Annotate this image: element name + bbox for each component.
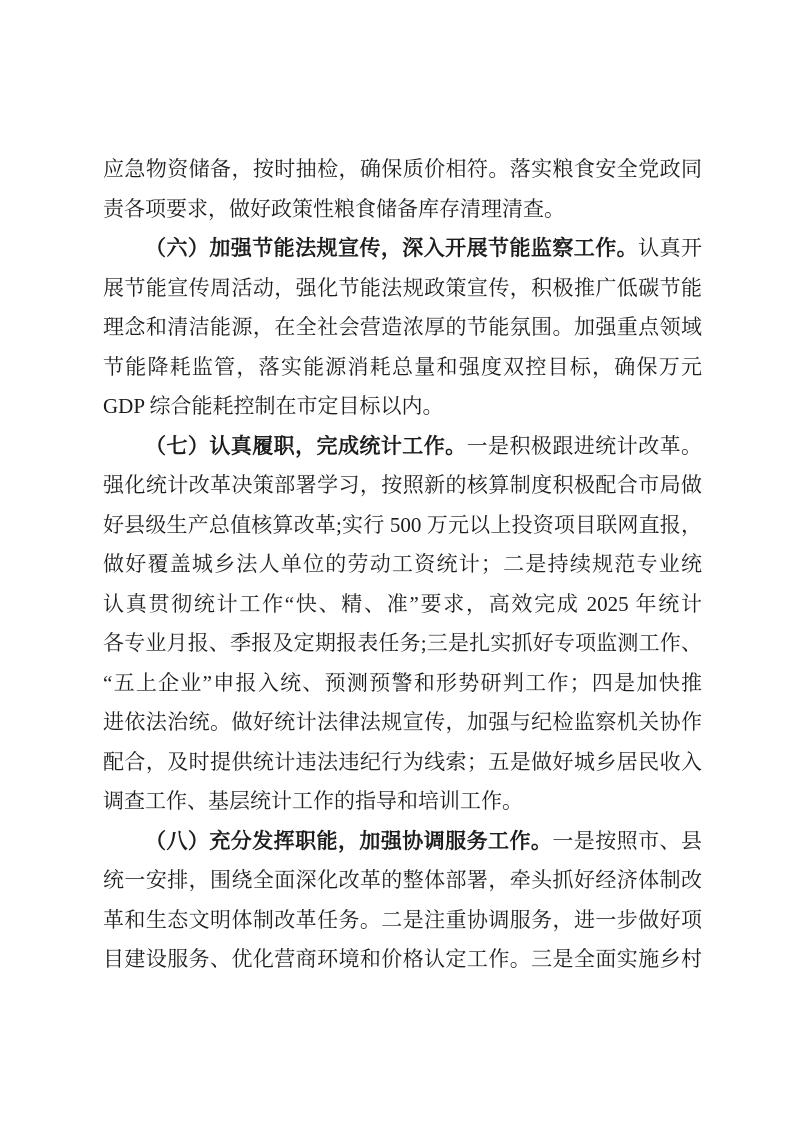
body-text: 一是积极跟进统计改革。 [467, 434, 702, 458]
text-line: 强化统计改革决策部署学习，按照新的核算制度积极配合市局做 [103, 466, 702, 506]
body-text: 调查工作、基层统计工作的指导和培训工作。 [103, 789, 523, 813]
text-line: 应急物资储备，按时抽检，确保质价相符。落实粮食安全党政同 [103, 150, 702, 190]
text-line: 各专业月报、季报及定期报表任务;三是扎实抓好专项监测工作、 [103, 624, 702, 664]
body-text: 展节能宣传周活动，强化节能法规政策宣传，积极推广低碳节能 [103, 276, 702, 300]
body-text: 好县级生产总值核算改革;实行 500 万元以上投资项目联网直报， [103, 513, 702, 537]
text-line: “五上企业”申报入统、预测预警和形势研判工作；四是加快推 [103, 664, 702, 704]
text-line: （八）充分发挥职能，加强协调服务工作。一是按照市、县 [103, 822, 702, 862]
paragraph-continuation: 应急物资储备，按时抽检，确保质价相符。落实粮食安全党政同 责各项要求，做好政策性… [103, 150, 702, 229]
heading-bold-text: （八）充分发挥职能，加强协调服务工作。 [145, 829, 552, 853]
text-line: 认真贯彻统计工作“快、精、准”要求，高效完成 2025 年统计 [103, 585, 702, 625]
text-line: 责各项要求，做好政策性粮食储备库存清理清查。 [103, 190, 702, 230]
body-text: 责各项要求，做好政策性粮食储备库存清理清查。 [103, 197, 565, 221]
text-line: 做好覆盖城乡法人单位的劳动工资统计；二是持续规范专业统计。 [103, 545, 702, 585]
heading-bold-text: （六）加强节能法规宣传，深入开展节能监察工作。 [145, 236, 638, 260]
text-line: （七）认真履职，完成统计工作。一是积极跟进统计改革。 [103, 427, 702, 467]
body-text: 应急物资储备，按时抽检，确保质价相符。落实粮食安全党政同 [103, 157, 702, 181]
document-text-block: 应急物资储备，按时抽检，确保质价相符。落实粮食安全党政同 责各项要求，做好政策性… [103, 150, 702, 980]
paragraph-section-7: （七）认真履职，完成统计工作。一是积极跟进统计改革。 强化统计改革决策部署学习，… [103, 427, 702, 822]
body-text: 理念和清洁能源，在全社会营造浓厚的节能氛围。加强重点领域 [103, 315, 702, 339]
body-text: 节能降耗监管，落实能源消耗总量和强度双控目标，确保万元 [103, 355, 702, 379]
body-text: GDP 综合能耗控制在市定目标以内。 [103, 394, 443, 418]
text-line: 配合，及时提供统计违法违纪行为线索；五是做好城乡居民收入 [103, 743, 702, 783]
text-line: 理念和清洁能源，在全社会营造浓厚的节能氛围。加强重点领域 [103, 308, 702, 348]
paragraph-section-6: （六）加强节能法规宣传，深入开展节能监察工作。认真开 展节能宣传周活动，强化节能… [103, 229, 702, 427]
body-text: “五上企业”申报入统、预测预警和形势研判工作；四是加快推 [103, 671, 702, 695]
text-line: 进依法治统。做好统计法律法规宣传，加强与纪检监察机关协作 [103, 703, 702, 743]
body-text: 革和生态文明体制改革任务。二是注重协调服务，进一步做好项 [103, 908, 702, 932]
body-text: 一是按照市、县 [552, 829, 702, 853]
body-text: 各专业月报、季报及定期报表任务;三是扎实抓好专项监测工作、 [103, 631, 702, 655]
body-text: 进依法治统。做好统计法律法规宣传，加强与纪检监察机关协作 [103, 710, 702, 734]
text-line: 革和生态文明体制改革任务。二是注重协调服务，进一步做好项 [103, 901, 702, 941]
text-line: 调查工作、基层统计工作的指导和培训工作。 [103, 782, 702, 822]
text-line: 展节能宣传周活动，强化节能法规政策宣传，积极推广低碳节能 [103, 269, 702, 309]
text-line: 好县级生产总值核算改革;实行 500 万元以上投资项目联网直报， [103, 506, 702, 546]
paragraph-section-8: （八）充分发挥职能，加强协调服务工作。一是按照市、县 统一安排，围绕全面深化改革… [103, 822, 702, 980]
body-text: 强化统计改革决策部署学习，按照新的核算制度积极配合市局做 [103, 473, 702, 497]
text-line: 节能降耗监管，落实能源消耗总量和强度双控目标，确保万元 [103, 348, 702, 388]
text-line: 目建设服务、优化营商环境和价格认定工作。三是全面实施乡村 [103, 940, 702, 980]
document-page: 应急物资储备，按时抽检，确保质价相符。落实粮食安全党政同 责各项要求，做好政策性… [0, 0, 792, 1121]
text-line: 统一安排，围绕全面深化改革的整体部署，牵头抓好经济体制改 [103, 861, 702, 901]
heading-bold-text: （七）认真履职，完成统计工作。 [145, 434, 467, 458]
body-text: 统一安排，围绕全面深化改革的整体部署，牵头抓好经济体制改 [103, 868, 702, 892]
text-line: GDP 综合能耗控制在市定目标以内。 [103, 387, 702, 427]
text-line: （六）加强节能法规宣传，深入开展节能监察工作。认真开 [103, 229, 702, 269]
body-text: 认真开 [638, 236, 702, 260]
body-text: 目建设服务、优化营商环境和价格认定工作。三是全面实施乡村 [103, 947, 702, 971]
body-text: 认真贯彻统计工作“快、精、准”要求，高效完成 2025 年统计 [103, 592, 702, 616]
body-text: 配合，及时提供统计违法违纪行为线索；五是做好城乡居民收入 [103, 750, 702, 774]
body-text: 做好覆盖城乡法人单位的劳动工资统计；二是持续规范专业统计。 [103, 552, 702, 585]
